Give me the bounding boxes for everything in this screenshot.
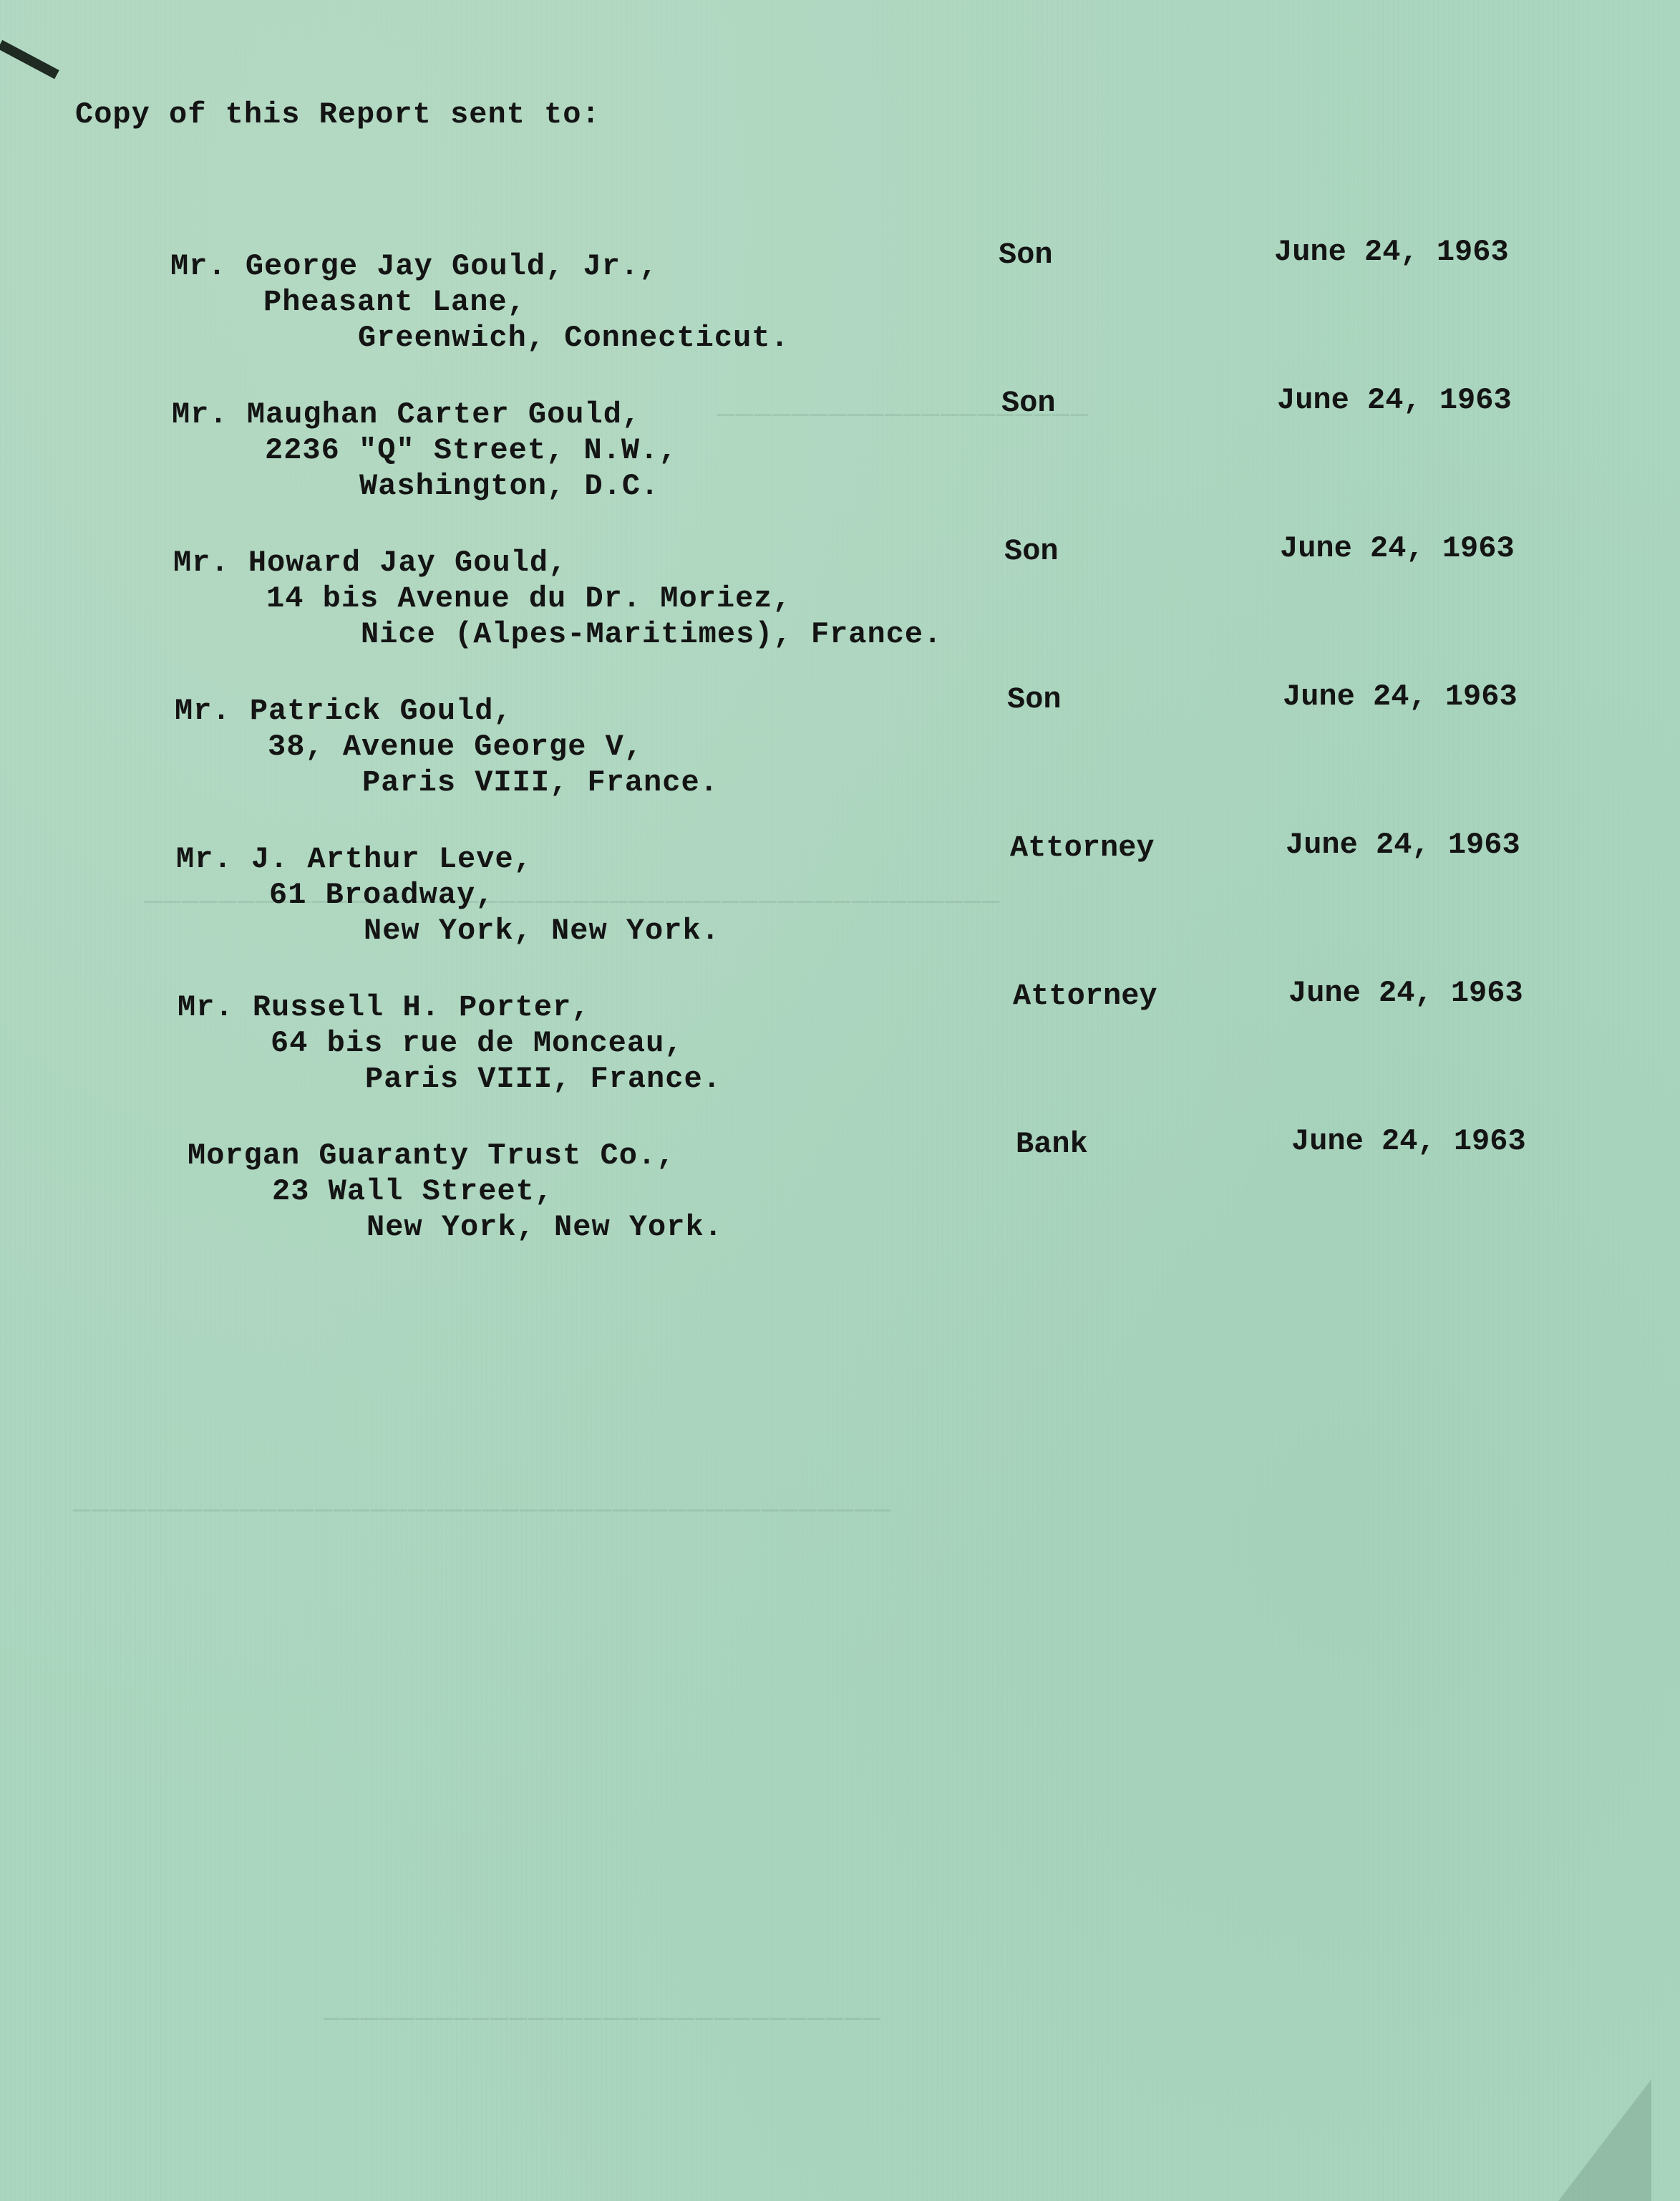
recipient-relation: Attorney xyxy=(1010,831,1155,865)
recipient-entry: Mr. Howard Jay Gould, 14 bis Avenue du D… xyxy=(0,540,1680,683)
bleed-through-texture: ────────────────────────────── xyxy=(322,2005,880,2037)
recipient-address-line-1: 64 bis rue de Monceau, xyxy=(271,1026,684,1060)
recipient-relation: Son xyxy=(1001,386,1056,420)
recipient-name: Mr. Patrick Gould, xyxy=(175,694,513,728)
recipient-relation: Son xyxy=(999,238,1053,272)
recipient-name: Mr. J. Arthur Leve, xyxy=(176,842,533,876)
recipient-address-line-2: Paris VIII, France. xyxy=(362,765,719,800)
date-sent: June 24, 1963 xyxy=(1283,679,1518,714)
recipient-relation: Son xyxy=(1007,682,1062,717)
recipient-address-line-2: Nice (Alpes-Maritimes), France. xyxy=(361,617,942,652)
recipient-entry: Mr. Patrick Gould, 38, Avenue George V, … xyxy=(0,688,1680,831)
date-sent: June 24, 1963 xyxy=(1288,976,1523,1010)
recipient-relation: Attorney xyxy=(1013,979,1157,1013)
recipient-address-line-1: 61 Broadway, xyxy=(269,878,494,912)
recipient-relation: Bank xyxy=(1016,1127,1088,1161)
recipient-name: Mr. George Jay Gould, Jr., xyxy=(170,249,658,284)
recipient-address-line-1: 38, Avenue George V, xyxy=(268,730,643,764)
recipient-address-line-1: 23 Wall Street, xyxy=(272,1174,553,1209)
recipient-entry: Morgan Guaranty Trust Co., 23 Wall Stree… xyxy=(0,1133,1680,1276)
bleed-through-texture: ────────────────────────────────────────… xyxy=(72,1496,890,1529)
date-sent: June 24, 1963 xyxy=(1274,235,1509,269)
date-sent: June 24, 1963 xyxy=(1277,383,1512,417)
recipient-address-line-2: New York, New York. xyxy=(364,914,720,948)
page-heading: Copy of this Report sent to: xyxy=(75,97,601,132)
recipient-name: Mr. Howard Jay Gould, xyxy=(173,546,567,580)
date-sent: June 24, 1963 xyxy=(1291,1124,1526,1158)
recipient-address-line-2: Washington, D.C. xyxy=(359,469,659,503)
recipient-relation: Son xyxy=(1004,534,1059,569)
corner-fold xyxy=(1558,2079,1651,2201)
recipient-address-line-2: New York, New York. xyxy=(366,1210,723,1244)
recipient-name: Mr. Maughan Carter Gould, xyxy=(172,397,641,432)
recipient-name: Mr. Russell H. Porter, xyxy=(178,990,591,1025)
recipient-address-line-2: Greenwich, Connecticut. xyxy=(358,321,790,355)
date-sent: June 24, 1963 xyxy=(1280,531,1515,566)
recipient-entry: Mr. Russell H. Porter, 64 bis rue de Mon… xyxy=(0,985,1680,1128)
recipient-address-line-1: 2236 "Q" Street, N.W., xyxy=(265,433,678,468)
recipient-entry: Mr. Maughan Carter Gould, 2236 "Q" Stree… xyxy=(0,392,1680,535)
recipient-address-line-1: Pheasant Lane, xyxy=(263,285,526,319)
recipient-entry: Mr. J. Arthur Leve, 61 Broadway, New Yor… xyxy=(0,836,1680,979)
date-sent: June 24, 1963 xyxy=(1286,828,1520,862)
recipient-address-line-2: Paris VIII, France. xyxy=(365,1062,722,1096)
recipient-entry: Mr. George Jay Gould, Jr., Pheasant Lane… xyxy=(0,243,1680,387)
recipient-name: Morgan Guaranty Trust Co., xyxy=(188,1138,675,1173)
recipient-address-line-1: 14 bis Avenue du Dr. Moriez, xyxy=(266,581,792,616)
